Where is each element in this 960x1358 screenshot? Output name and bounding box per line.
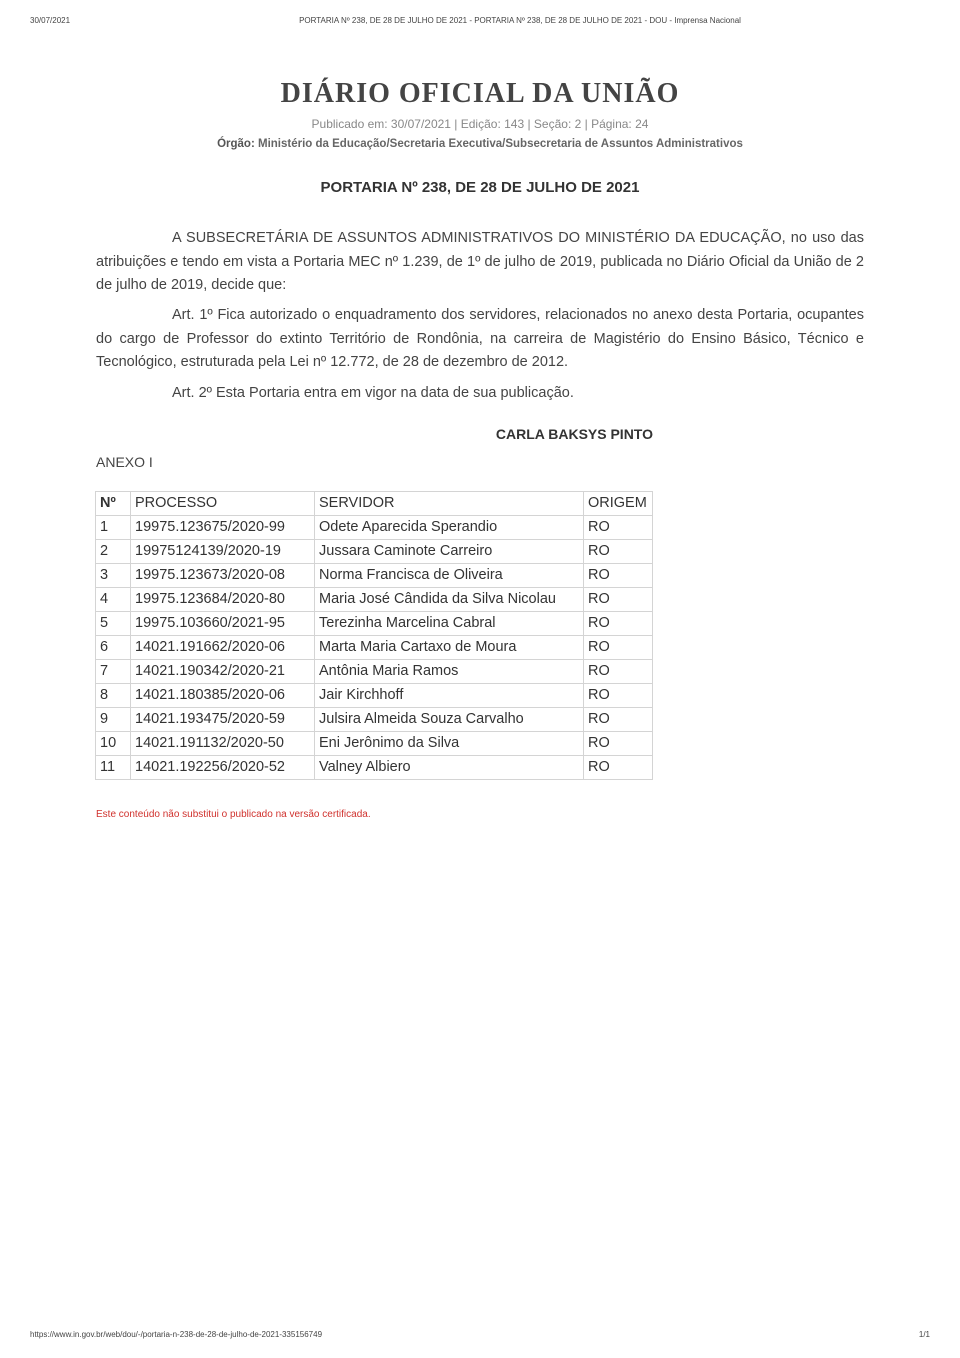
cell-servidor: Eni Jerônimo da Silva <box>315 732 584 756</box>
cell-servidor: Antônia Maria Ramos <box>315 660 584 684</box>
table-row: 614021.191662/2020-06Marta Maria Cartaxo… <box>96 636 653 660</box>
annex-table-body: 119975.123675/2020-99Odete Aparecida Spe… <box>96 516 653 780</box>
paragraph-text: Art. 1º Fica autorizado o enquadramento … <box>96 304 864 375</box>
paragraph-preamble: A SUBSECRETÁRIA DE ASSUNTOS ADMINISTRATI… <box>96 227 864 298</box>
annex-table: Nº PROCESSO SERVIDOR ORIGEM 119975.12367… <box>95 491 653 780</box>
publication-info: Publicado em: 30/07/2021 | Edição: 143 |… <box>0 116 960 132</box>
cell-processo: 14021.191132/2020-50 <box>131 732 315 756</box>
cell-servidor: Odete Aparecida Sperandio <box>315 516 584 540</box>
table-row: 119975.123675/2020-99Odete Aparecida Spe… <box>96 516 653 540</box>
cell-processo: 19975124139/2020-19 <box>131 540 315 564</box>
table-row: 714021.190342/2020-21Antônia Maria Ramos… <box>96 660 653 684</box>
paragraph-text: Art. 2º Esta Portaria entra em vigor na … <box>96 382 864 406</box>
cell-servidor: Norma Francisca de Oliveira <box>315 564 584 588</box>
cell-origem: RO <box>584 516 653 540</box>
orgao-line: Órgão: Ministério da Educação/Secretaria… <box>0 136 960 152</box>
paragraph-article-1: Art. 1º Fica autorizado o enquadramento … <box>96 304 864 375</box>
publication-title: DIÁRIO OFICIAL DA UNIÃO <box>0 76 960 112</box>
signature: CARLA BAKSYS PINTO <box>96 426 653 442</box>
cell-processo: 14021.180385/2020-06 <box>131 684 315 708</box>
orgao-label: Órgão: <box>217 138 255 150</box>
cell-origem: RO <box>584 708 653 732</box>
table-row: 219975124139/2020-19Jussara Caminote Car… <box>96 540 653 564</box>
table-row: 914021.193475/2020-59Julsira Almeida Sou… <box>96 708 653 732</box>
table-row: 814021.180385/2020-06Jair KirchhoffRO <box>96 684 653 708</box>
cell-origem: RO <box>584 540 653 564</box>
header-processo: PROCESSO <box>131 492 315 516</box>
cell-numero: 8 <box>96 684 131 708</box>
table-row: 1114021.192256/2020-52Valney AlbieroRO <box>96 756 653 780</box>
orgao-value: Ministério da Educação/Secretaria Execut… <box>258 138 743 150</box>
cell-servidor: Valney Albiero <box>315 756 584 780</box>
header-origem: ORIGEM <box>584 492 653 516</box>
cell-origem: RO <box>584 660 653 684</box>
disclaimer: Este conteúdo não substitui o publicado … <box>96 809 371 820</box>
cell-origem: RO <box>584 588 653 612</box>
table-row: 319975.123673/2020-08Norma Francisca de … <box>96 564 653 588</box>
print-header: 30/07/2021 PORTARIA Nº 238, DE 28 DE JUL… <box>0 16 960 30</box>
cell-origem: RO <box>584 636 653 660</box>
cell-numero: 11 <box>96 756 131 780</box>
cell-numero: 1 <box>96 516 131 540</box>
paragraph-article-2: Art. 2º Esta Portaria entra em vigor na … <box>96 382 864 406</box>
cell-processo: 14021.193475/2020-59 <box>131 708 315 732</box>
cell-servidor: Marta Maria Cartaxo de Moura <box>315 636 584 660</box>
print-page-title: PORTARIA Nº 238, DE 28 DE JULHO DE 2021 … <box>0 16 960 25</box>
cell-numero: 6 <box>96 636 131 660</box>
table-row: 519975.103660/2021-95Terezinha Marcelina… <box>96 612 653 636</box>
cell-numero: 7 <box>96 660 131 684</box>
cell-servidor: Jair Kirchhoff <box>315 684 584 708</box>
cell-processo: 19975.103660/2021-95 <box>131 612 315 636</box>
cell-numero: 3 <box>96 564 131 588</box>
cell-numero: 10 <box>96 732 131 756</box>
cell-servidor: Jussara Caminote Carreiro <box>315 540 584 564</box>
annex-title: ANEXO I <box>96 454 153 470</box>
cell-servidor: Terezinha Marcelina Cabral <box>315 612 584 636</box>
cell-processo: 14021.192256/2020-52 <box>131 756 315 780</box>
cell-processo: 14021.191662/2020-06 <box>131 636 315 660</box>
print-page-number: 1/1 <box>919 1330 930 1339</box>
cell-processo: 14021.190342/2020-21 <box>131 660 315 684</box>
document-title: PORTARIA Nº 238, DE 28 DE JULHO DE 2021 <box>0 178 960 198</box>
cell-processo: 19975.123673/2020-08 <box>131 564 315 588</box>
header-servidor: SERVIDOR <box>315 492 584 516</box>
cell-servidor: Julsira Almeida Souza Carvalho <box>315 708 584 732</box>
table-row: 419975.123684/2020-80Maria José Cândida … <box>96 588 653 612</box>
header-numero: Nº <box>96 492 131 516</box>
print-url: https://www.in.gov.br/web/dou/-/portaria… <box>30 1330 322 1339</box>
masthead: DIÁRIO OFICIAL DA UNIÃO Publicado em: 30… <box>0 76 960 152</box>
table-row: 1014021.191132/2020-50Eni Jerônimo da Si… <box>96 732 653 756</box>
cell-processo: 19975.123675/2020-99 <box>131 516 315 540</box>
cell-processo: 19975.123684/2020-80 <box>131 588 315 612</box>
cell-origem: RO <box>584 564 653 588</box>
cell-origem: RO <box>584 612 653 636</box>
cell-origem: RO <box>584 684 653 708</box>
cell-numero: 9 <box>96 708 131 732</box>
cell-origem: RO <box>584 732 653 756</box>
cell-servidor: Maria José Cândida da Silva Nicolau <box>315 588 584 612</box>
cell-numero: 2 <box>96 540 131 564</box>
cell-numero: 5 <box>96 612 131 636</box>
table-header-row: Nº PROCESSO SERVIDOR ORIGEM <box>96 492 653 516</box>
paragraph-text: A SUBSECRETÁRIA DE ASSUNTOS ADMINISTRATI… <box>96 227 864 298</box>
cell-origem: RO <box>584 756 653 780</box>
cell-numero: 4 <box>96 588 131 612</box>
